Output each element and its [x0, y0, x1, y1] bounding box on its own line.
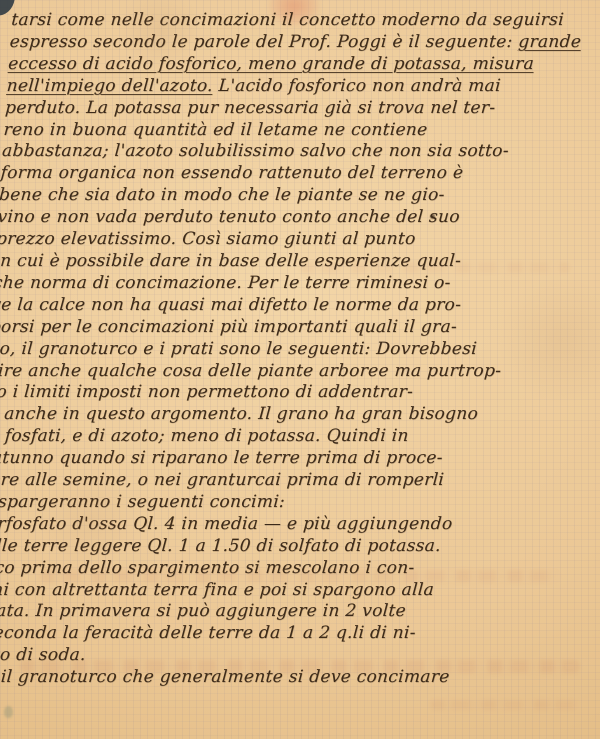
manuscript-line: porsi per le concimazioni più importanti…	[0, 317, 575, 339]
underlined-text: eccesso di acido fosforico, meno grande …	[8, 54, 535, 74]
manuscript-line: si spargeranno i seguenti concimi:	[0, 492, 562, 514]
manuscript-line: in cui è possibile dare in base delle es…	[0, 251, 579, 273]
manuscript-line: ve la calce non ha quasi mai difetto le …	[0, 295, 576, 317]
manuscript-page: tarsi come nelle concimazioni il concett…	[0, 0, 600, 739]
manuscript-line: perduto. La potassa pur necessaria già s…	[4, 98, 590, 120]
handwritten-text: bene che sia dato in modo che le piante …	[0, 185, 445, 205]
handwritten-text: cimi con altrettanta terra fina e poi si…	[0, 580, 435, 600]
manuscript-line: autunno quando si riparano le terre prim…	[0, 448, 565, 470]
manuscript-line: che norma di concimazione. Per le terre …	[0, 273, 578, 295]
manuscript-line: forma organica non essendo rattenuto del…	[0, 163, 585, 185]
handwritten-text: forma organica non essendo rattenuto del…	[0, 163, 464, 183]
handwritten-text: volata. In primavera si può aggiungere i…	[0, 601, 407, 621]
underlined-text: nell'impiego dell'azoto.	[6, 76, 214, 96]
manuscript-line: tarsi come nelle concimazioni il concett…	[10, 10, 596, 32]
handwritten-text: tarsi come nelle concimazioni il concett…	[11, 10, 565, 30]
manuscript-line: Per il granoturco che generalmente si de…	[0, 667, 550, 689]
handwritten-text: abbastanza; l'azoto solubilissimo salvo …	[1, 141, 509, 161]
handwritten-text: autunno quando si riparano le terre prim…	[0, 448, 443, 468]
handwritten-text: di fosfati, e di azoto; meno di potassa.…	[0, 426, 409, 446]
handwritten-text: in cui è possibile dare in base delle es…	[0, 251, 462, 271]
manuscript-line: trato di soda.	[0, 645, 552, 667]
manuscript-line: eccesso di acido fosforico, meno grande …	[7, 54, 593, 76]
handwritten-text: si spargeranno i seguenti concimi:	[0, 492, 286, 512]
ink-bleedthrough	[430, 700, 580, 710]
handwritten-text: Poco prima dello spargimento si mescolan…	[0, 558, 415, 578]
manuscript-line: cimi con altrettanta terra fina e poi si…	[0, 580, 556, 602]
manuscript-line: volata. In primavera si può aggiungere i…	[0, 601, 555, 623]
handwritten-text: si anche in questo argomento. Il grano h…	[0, 404, 479, 424]
manuscript-line: vino e non vada perduto tenuto conto anc…	[0, 207, 582, 229]
manuscript-line: a seconda la feracità delle terre da 1 a…	[0, 623, 553, 645]
manuscript-line: di fosfati, e di azoto; meno di potassa.…	[0, 426, 567, 448]
handwritten-text: a seconda la feracità delle terre da 1 a…	[0, 623, 416, 643]
manuscript-text: tarsi come nelle concimazioni il concett…	[0, 10, 596, 689]
handwritten-text: L'acido fosforico non andrà mai	[212, 76, 501, 96]
handwritten-text: po i limiti imposti non permettono di ad…	[0, 382, 414, 402]
paper-speck	[4, 706, 13, 718]
handwritten-text: prezzo elevatissimo. Così siamo giunti a…	[0, 229, 416, 249]
manuscript-line: Perfosfato d'ossa Ql. 4 in media — e più…	[0, 514, 561, 536]
handwritten-text: dire anche qualche cosa delle piante arb…	[0, 361, 502, 381]
manuscript-line: abbastanza; l'azoto solubilissimo salvo …	[1, 141, 587, 163]
handwritten-text: trato di soda.	[0, 645, 86, 665]
manuscript-line: dere alle semine, o nei granturcai prima…	[0, 470, 564, 492]
manuscript-line: si anche in questo argomento. Il grano h…	[0, 404, 568, 426]
handwritten-text: vino e non vada perduto tenuto conto anc…	[0, 207, 461, 227]
manuscript-line: reno in buona quantità ed il letame ne c…	[3, 120, 589, 142]
handwritten-text: porsi per le concimazioni più importanti…	[0, 317, 458, 337]
handwritten-text: espresso secondo le parole del Prof. Pog…	[9, 32, 519, 52]
underlined-text: grande	[518, 32, 582, 52]
manuscript-line: no, il granoturco e i prati sono le segu…	[0, 339, 573, 361]
handwritten-text: che norma di concimazione. Per le terre …	[0, 273, 451, 293]
manuscript-line: bene che sia dato in modo che le piante …	[0, 185, 584, 207]
manuscript-line: espresso secondo le parole del Prof. Pog…	[9, 32, 595, 54]
handwritten-text: ve la calce non ha quasi mai difetto le …	[0, 295, 462, 315]
manuscript-line: prezzo elevatissimo. Così siamo giunti a…	[0, 229, 581, 251]
handwritten-text: Perfosfato d'ossa Ql. 4 in media — e più…	[0, 514, 453, 534]
handwritten-text: reno in buona quantità ed il letame ne c…	[3, 120, 428, 140]
manuscript-line: nelle terre leggere Ql. 1 a 1.50 di solf…	[0, 536, 559, 558]
handwritten-text: no, il granoturco e i prati sono le segu…	[0, 339, 478, 359]
handwritten-text: perduto. La potassa pur necessaria già s…	[4, 98, 496, 118]
handwritten-text: nelle terre leggere Ql. 1 a 1.50 di solf…	[0, 536, 442, 556]
manuscript-line: nell'impiego dell'azoto. L'acido fosfori…	[6, 76, 592, 98]
manuscript-line: po i limiti imposti non permettono di ad…	[0, 382, 570, 404]
handwritten-text: Per il granoturco che generalmente si de…	[0, 667, 450, 687]
manuscript-line: Poco prima dello spargimento si mescolan…	[0, 558, 558, 580]
manuscript-line: dire anche qualche cosa delle piante arb…	[0, 361, 571, 383]
handwritten-text: dere alle semine, o nei granturcai prima…	[0, 470, 445, 490]
